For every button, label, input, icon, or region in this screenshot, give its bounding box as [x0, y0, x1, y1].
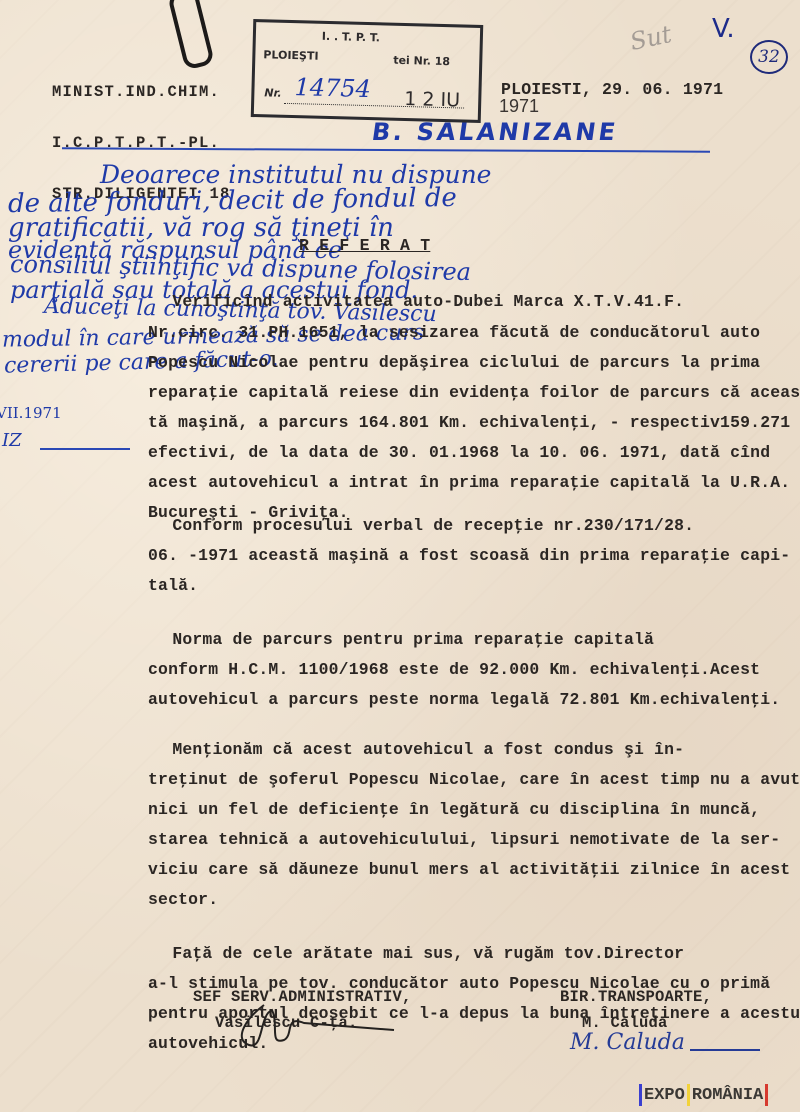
logo-text-right: ROMÂNIA: [692, 1086, 763, 1105]
paragraph-1-line-6: efectivi, de la data de 30. 01.1968 la 1…: [148, 443, 770, 462]
institution-line-1: MINIST.IND.CHIM.: [52, 84, 231, 101]
paragraph-4-line-1: Menţionăm că acest autovehicul a fost co…: [82, 740, 684, 759]
paragraph-4-line-5: viciu care să dăuneze bunul mers al acti…: [148, 860, 790, 879]
pencil-note: Sut: [628, 20, 674, 56]
logo-text-left: EXPO: [644, 1086, 685, 1105]
paragraph-1-line-3: Popescu Nicolae pentru depăşirea ciclulu…: [148, 353, 760, 372]
stamp-address: tei Nr. 18: [393, 54, 450, 68]
paragraph-4-line-2: treţinut de şoferul Popescu Nicolae, car…: [148, 770, 800, 789]
right-signature-handwritten: M. Caluda: [570, 1030, 685, 1055]
paragraph-1-line-2: Nr.circ. 31.PH.1651, la sesizarea făcută…: [148, 323, 760, 342]
expo-romania-logo: EXPO ROMÂNIA: [637, 1082, 770, 1108]
stamp-year: 1971: [499, 96, 539, 117]
logo-bar-yellow: [687, 1084, 690, 1106]
check-mark: V.: [712, 14, 735, 44]
paragraph-1-line-4: reparaţie capitală reiese din evidenţa f…: [148, 383, 800, 402]
paragraph-4-line-4: starea tehnică a autovehiculului, lipsur…: [148, 830, 780, 849]
document-title: R E F E R A T: [299, 236, 430, 255]
page-number: 32: [752, 42, 786, 72]
right-signature-title: BIR.TRANSPOARTE,: [560, 988, 712, 1006]
paragraph-5-line-1: Faţă de cele arătate mai sus, vă rugăm t…: [82, 944, 684, 963]
paragraph-1-line-7: acest autovehicul a intrat în prima repa…: [148, 473, 800, 492]
paragraph-4-line-3: nici un fel de deficienţe în legătură cu…: [148, 800, 760, 819]
left-margin-scribble: IZ: [2, 430, 22, 451]
paragraph-3-line-3: autovehicul a parcurs peste norma legală…: [148, 690, 780, 709]
stamp-line-1: I. . T. P. T.: [322, 30, 380, 45]
paragraph-1-line-5: tă maşină, a parcurs 164.801 Km. echival…: [148, 413, 800, 432]
paragraph-4-line-6: sector.: [148, 890, 218, 909]
logo-bar-blue: [639, 1084, 642, 1106]
left-margin-underline: [40, 448, 130, 450]
paragraph-2-line-2: 06. -1971 această maşină a fost scoasă d…: [148, 546, 790, 565]
paragraph-1-line-1: Verificînd activitatea auto-Dubei Marca …: [82, 292, 684, 311]
left-margin-date: VII.1971: [0, 404, 62, 422]
paragraph-3-line-2: conform H.C.M. 1100/1968 este de 92.000 …: [148, 660, 760, 679]
page-number-circle: 32: [750, 40, 788, 74]
place-date: PLOIESTI, 29. 06. 1971: [501, 80, 723, 99]
right-signature-underline: [690, 1049, 760, 1051]
logo-bar-red: [765, 1084, 768, 1106]
stamp-nr-value: 14754: [294, 73, 371, 103]
stamp-nr-label: Nr.: [264, 86, 282, 99]
paragraph-2-line-3: tală.: [148, 576, 198, 595]
registration-stamp: I. . T. P. T. PLOIEŞTI tei Nr. 18 Nr. 14…: [251, 19, 483, 123]
left-signature-scrawl: [224, 995, 404, 1055]
paragraph-3-line-1: Norma de parcurs pentru prima reparaţie …: [82, 630, 654, 649]
resolution-addressee: B. SALANIZANE: [370, 118, 620, 146]
paragraph-2-line-1: Conform procesului verbal de recepţie nr…: [82, 516, 694, 535]
stamp-city: PLOIEŞTI: [263, 48, 318, 62]
